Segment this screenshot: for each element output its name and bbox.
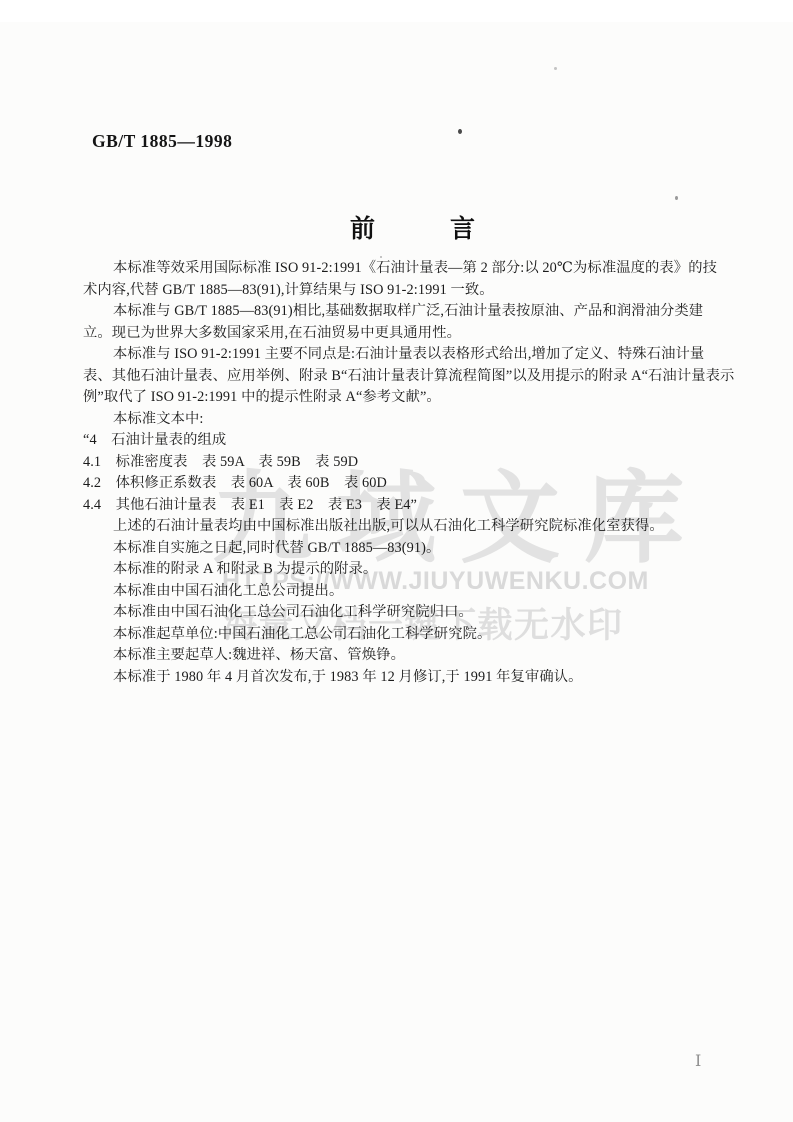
body-line: 本标准与 ISO 91-2:1991 主要不同点是:石油计量表以表格形式给出,增… bbox=[83, 344, 733, 366]
scan-edge-band bbox=[0, 0, 793, 22]
body-line: 本标准自实施之日起,同时代替 GB/T 1885—83(91)。 bbox=[83, 538, 733, 560]
body-line: 上述的石油计量表均由中国标准出版社出版,可以从石油化工科学研究院标准化室获得。 bbox=[83, 516, 733, 538]
body-line: 本标准的附录 A 和附录 B 为提示的附录。 bbox=[83, 559, 733, 581]
foreword-title: 前 言 bbox=[350, 209, 475, 245]
body-line: 立。现已为世界大多数国家采用,在石油贸易中更具通用性。 bbox=[83, 323, 733, 345]
body-line: 本标准与 GB/T 1885—83(91)相比,基础数据取样广泛,石油计量表按原… bbox=[83, 301, 733, 323]
body-line: 4.4 其他石油计量表 表 E1 表 E2 表 E3 表 E4” bbox=[83, 495, 733, 517]
body-line: “4 石油计量表的组成 bbox=[83, 430, 733, 452]
body-line: 本标准起草单位:中国石油化工总公司石油化工科学研究院。 bbox=[83, 624, 733, 646]
body-line: 本标准于 1980 年 4 月首次发布,于 1983 年 12 月修订,于 19… bbox=[83, 667, 733, 689]
standard-number-header: GB/T 1885—1998 bbox=[92, 131, 232, 152]
body-line: 4.1 标准密度表 表 59A 表 59B 表 59D bbox=[83, 452, 733, 474]
scan-speck bbox=[554, 67, 557, 70]
body-line: 4.2 体积修正系数表 表 60A 表 60B 表 60D bbox=[83, 473, 733, 495]
body-line: 本标准主要起草人:魏进祥、杨天富、管焕铮。 bbox=[83, 645, 733, 667]
body-line: 本标准由中国石油化工总公司提出。 bbox=[83, 581, 733, 603]
body-line: 本标准等效采用国际标准 ISO 91-2:1991《石油计量表—第 2 部分:以… bbox=[83, 258, 733, 280]
foreword-body: 本标准等效采用国际标准 ISO 91-2:1991《石油计量表—第 2 部分:以… bbox=[83, 258, 733, 688]
body-line: 本标准由中国石油化工总公司石油化工科学研究院归口。 bbox=[83, 602, 733, 624]
body-line: 本标准文本中: bbox=[83, 409, 733, 431]
page-number: Ⅰ bbox=[695, 1051, 701, 1071]
scan-speck bbox=[675, 196, 678, 200]
scan-speck bbox=[458, 129, 462, 134]
body-line: 表、其他石油计量表、应用举例、附录 B“石油计量表计算流程简图”以及用提示的附录… bbox=[83, 366, 733, 388]
body-line: 术内容,代替 GB/T 1885—83(91),计算结果与 ISO 91-2:1… bbox=[83, 280, 733, 302]
scanned-document-page: 九域文库 HTTPS://WWW.JIUYUWENKU.COM 海量文档一键下载… bbox=[0, 0, 793, 1122]
body-line: 例”取代了 ISO 91-2:1991 中的提示性附录 A“参考文献”。 bbox=[83, 387, 733, 409]
scan-speck bbox=[380, 256, 382, 258]
